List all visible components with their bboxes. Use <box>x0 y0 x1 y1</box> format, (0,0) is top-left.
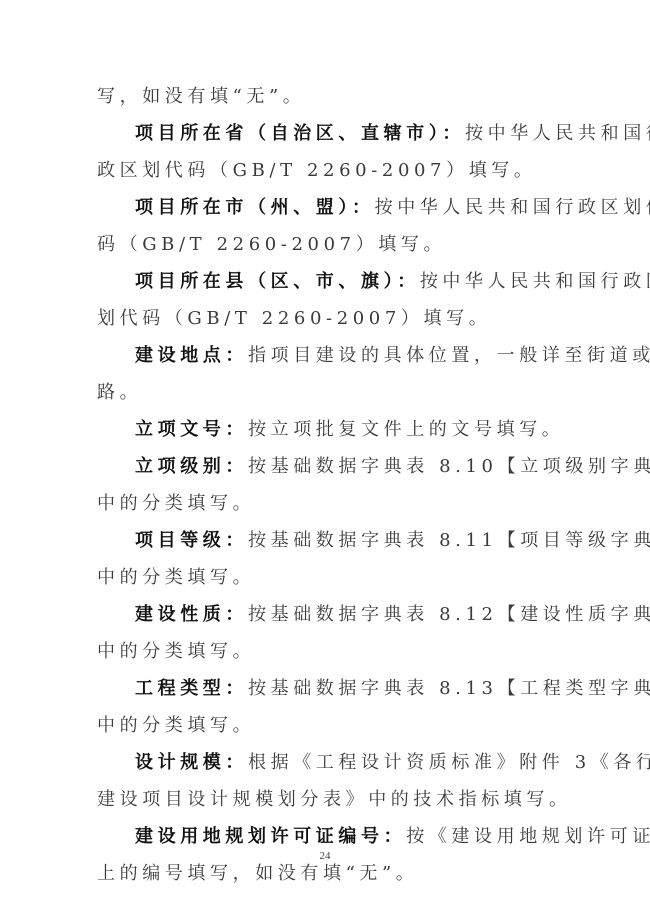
page-number: 24 <box>0 850 650 862</box>
document-body: 写，如没有填“无”。 项目所在省（自治区、直辖市）：按中华人民共和国行 政区划代… <box>97 81 555 895</box>
body-text: 按中华人民共和国行 <box>465 123 650 144</box>
body-text: 按基础数据字典表 8.12【建设性质字典表】 <box>248 604 650 625</box>
term-label: 建设用地规划许可证编号： <box>135 826 406 847</box>
paragraph-continuation-line: 写，如没有填“无”。 <box>97 81 555 118</box>
paragraph-design-scale: 设计规模：根据《工程设计资质标准》附件 3《各行业 <box>97 747 555 784</box>
paragraph-city: 项目所在市（州、盟）：按中华人民共和国行政区划代 <box>97 192 555 229</box>
paragraph-land-use-permit-line-2: 上的编号填写，如没有填“无”。 <box>97 858 555 895</box>
term-label: 立项文号： <box>135 419 248 440</box>
paragraph-construction-nature-line-2: 中的分类填写。 <box>97 636 555 673</box>
body-text: 划代码（GB/T 2260-2007）填写。 <box>97 308 491 329</box>
body-text: 根据《工程设计资质标准》附件 3《各行业 <box>248 752 650 773</box>
body-text: 政区划代码（GB/T 2260-2007）填写。 <box>97 160 537 181</box>
term-label: 项目所在市（州、盟）： <box>135 197 375 218</box>
body-text: 中的分类填写。 <box>97 641 255 662</box>
body-text: 路。 <box>97 382 142 403</box>
term-label: 设计规模： <box>135 752 248 773</box>
paragraph-project-grade: 项目等级：按基础数据字典表 8.11【项目等级字典表】 <box>97 525 555 562</box>
paragraph-design-scale-line-2: 建设项目设计规模划分表》中的技术指标填写。 <box>97 784 555 821</box>
body-text: 按基础数据字典表 8.11【项目等级字典表】 <box>248 530 650 551</box>
paragraph-county-line-2: 划代码（GB/T 2260-2007）填写。 <box>97 303 555 340</box>
paragraph-province-line-2: 政区划代码（GB/T 2260-2007）填写。 <box>97 155 555 192</box>
paragraph-city-line-2: 码（GB/T 2260-2007）填写。 <box>97 229 555 266</box>
term-label: 建设性质： <box>135 604 248 625</box>
term-label: 工程类型： <box>135 678 248 699</box>
body-text: 码（GB/T 2260-2007）填写。 <box>97 234 446 255</box>
paragraph-engineering-type-line-2: 中的分类填写。 <box>97 710 555 747</box>
body-text: 按基础数据字典表 8.10【立项级别字典表】 <box>248 456 650 477</box>
term-label: 立项级别： <box>135 456 248 477</box>
body-text: 指项目建设的具体位置，一般详至街道或道 <box>248 345 650 366</box>
document-page: 写，如没有填“无”。 项目所在省（自治区、直辖市）：按中华人民共和国行 政区划代… <box>0 0 650 919</box>
paragraph-engineering-type: 工程类型：按基础数据字典表 8.13【工程类型字典表】 <box>97 673 555 710</box>
body-text: 中的分类填写。 <box>97 715 255 736</box>
paragraph-project-grade-line-2: 中的分类填写。 <box>97 562 555 599</box>
body-text: 按立项批复文件上的文号填写。 <box>248 419 564 440</box>
body-text: 中的分类填写。 <box>97 567 255 588</box>
paragraph-approval-level: 立项级别：按基础数据字典表 8.10【立项级别字典表】 <box>97 451 555 488</box>
body-text: 写，如没有填“无”。 <box>97 86 305 107</box>
paragraph-location-line-2: 路。 <box>97 377 555 414</box>
paragraph-province: 项目所在省（自治区、直辖市）：按中华人民共和国行 <box>97 118 555 155</box>
paragraph-county: 项目所在县（区、市、旗）：按中华人民共和国行政区 <box>97 266 555 303</box>
body-text: 建设项目设计规模划分表》中的技术指标填写。 <box>97 789 572 810</box>
body-text: 按基础数据字典表 8.13【工程类型字典表】 <box>248 678 650 699</box>
paragraph-construction-nature: 建设性质：按基础数据字典表 8.12【建设性质字典表】 <box>97 599 555 636</box>
body-text: 上的编号填写，如没有填“无”。 <box>97 863 418 884</box>
body-text: 按中华人民共和国行政区 <box>420 271 650 292</box>
body-text: 按《建设用地规划许可证书》 <box>406 826 650 847</box>
paragraph-location: 建设地点：指项目建设的具体位置，一般详至街道或道 <box>97 340 555 377</box>
term-label: 项目所在省（自治区、直辖市）： <box>135 123 465 144</box>
body-text: 按中华人民共和国行政区划代 <box>375 197 650 218</box>
paragraph-approval-level-line-2: 中的分类填写。 <box>97 488 555 525</box>
body-text: 中的分类填写。 <box>97 493 255 514</box>
term-label: 项目所在县（区、市、旗）： <box>135 271 420 292</box>
term-label: 建设地点： <box>135 345 248 366</box>
paragraph-approval-number: 立项文号：按立项批复文件上的文号填写。 <box>97 414 555 451</box>
term-label: 项目等级： <box>135 530 248 551</box>
